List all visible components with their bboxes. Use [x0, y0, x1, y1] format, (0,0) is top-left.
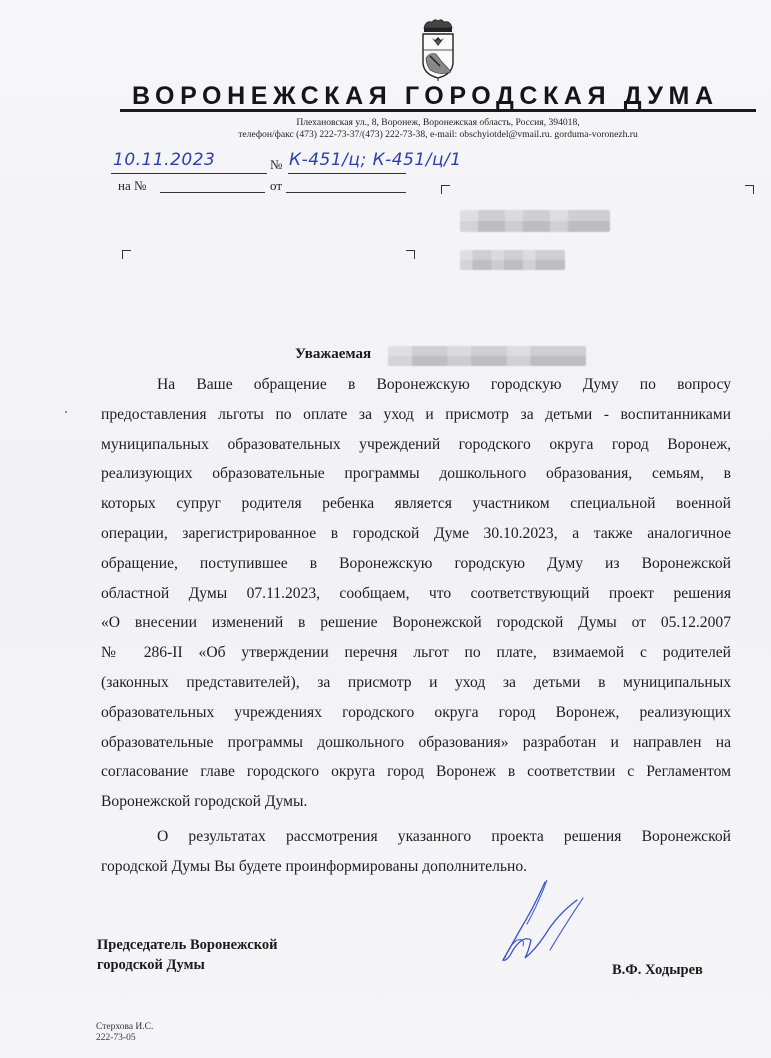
body-line: «О внесении изменений в решение Воронежс…: [101, 608, 731, 638]
body-line: городской Думы Вы будете проинформирован…: [101, 852, 731, 882]
body-line: операции, зарегистрированное в городской…: [101, 519, 731, 549]
subject-corner-top-left: [122, 250, 131, 259]
executor-info: Стерхова И.С. 222-73-05: [96, 1022, 153, 1044]
body-line: Воронежской городской Думы.: [101, 787, 731, 817]
from-underline: [286, 192, 406, 193]
body-line: обращение, поступившее в Воронежскую гор…: [101, 549, 731, 579]
number-label: №: [270, 157, 282, 173]
organization-title: ВОРОНЕЖСКАЯ ГОРОДСКАЯ ДУМА: [132, 82, 752, 111]
body-line: предоставления льготы по оплате за уход …: [101, 400, 731, 430]
position-line-1: Председатель Воронежской: [97, 935, 277, 955]
header-divider: [120, 109, 756, 112]
in-reply-underline: [160, 192, 265, 193]
salutation-prefix: Уважаемая: [295, 346, 371, 362]
body-line: образовательных учреждениях городского о…: [101, 698, 731, 728]
salutation: Уважаемая: [295, 346, 371, 363]
voronezh-coat-of-arms-icon: [418, 18, 458, 82]
address-corner-top-left: [441, 185, 450, 194]
position-line-2: городской Думы: [97, 955, 277, 975]
handwritten-number: К-451/ц; К-451/ц/1: [289, 150, 462, 170]
subject-corner-top-right: [406, 250, 415, 259]
scan-speck: [65, 411, 67, 413]
executor-name: Стерхова И.С.: [96, 1022, 153, 1033]
body-line: которых супруг родителя ребенка является…: [101, 489, 731, 519]
body-line: образовательные программы дошкольного об…: [101, 728, 731, 758]
body-line: областной Думы 07.11.2023, сообщаем, что…: [101, 579, 731, 609]
body-line: № 286-II «Об утверждении перечня льгот п…: [101, 638, 731, 668]
recipient-address-redacted: [460, 250, 565, 270]
body-line: муниципальных образовательных учреждений…: [101, 430, 731, 460]
letter-page: ВОРОНЕЖСКАЯ ГОРОДСКАЯ ДУМА Плехановская …: [0, 0, 771, 1058]
signatory-name: В.Ф. Ходырев: [612, 962, 703, 979]
body-line: О результатах рассмотрения указанного пр…: [101, 822, 731, 852]
body-line: (законных представителей), за присмотр и…: [101, 668, 731, 698]
executor-phone: 222-73-05: [96, 1033, 153, 1044]
handwritten-date: 10.11.2023: [113, 150, 215, 170]
signatory-position: Председатель Воронежской городской Думы: [97, 935, 277, 975]
recipient-name-redacted: [460, 210, 610, 232]
body-line: реализующих образовательные программы до…: [101, 459, 731, 489]
number-underline: [288, 173, 406, 174]
address-line: Плехановская ул., 8, Воронеж, Воронежска…: [120, 117, 756, 128]
body-line: На Ваше обращение в Воронежскую городску…: [101, 370, 731, 400]
salutation-name-redacted: [388, 346, 586, 366]
body-line: согласование главе городского округа гор…: [101, 757, 731, 787]
handwritten-signature-icon: [495, 880, 590, 965]
outgoing-date: 10.11.2023: [113, 150, 215, 170]
body-paragraph-1: На Ваше обращение в Воронежскую городску…: [101, 370, 731, 817]
address-corner-top-right: [745, 185, 754, 194]
from-label: от: [270, 178, 282, 194]
in-reply-label: на №: [118, 178, 146, 194]
outgoing-number: К-451/ц; К-451/ц/1: [289, 150, 462, 170]
contacts-line: телефон/факс (473) 222-73-37/(473) 222-7…: [120, 129, 756, 140]
body-paragraph-2: О результатах рассмотрения указанного пр…: [101, 822, 731, 882]
date-underline: [111, 173, 267, 174]
